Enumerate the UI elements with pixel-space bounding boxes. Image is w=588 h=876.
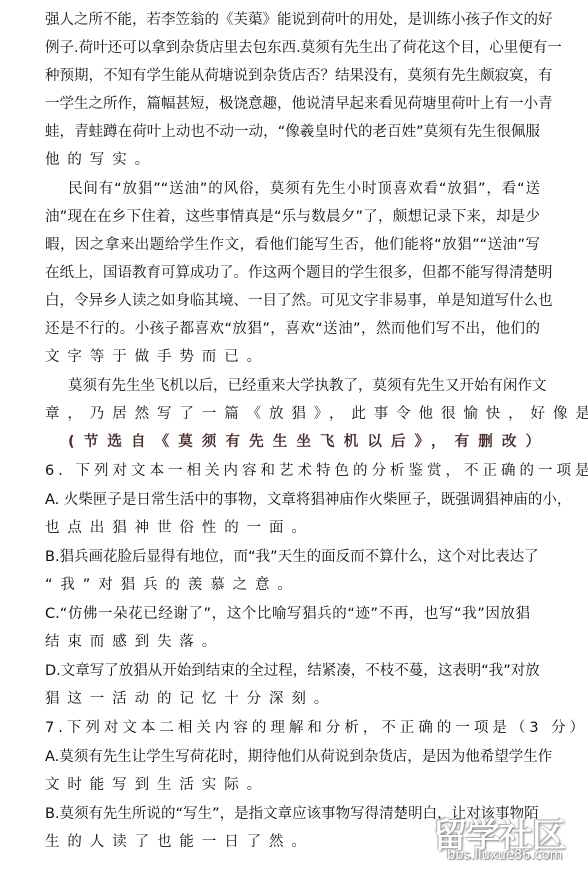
passage-line: 一学生之所作，篇幅甚短，极饶意趣，他说清早起来看见荷塘里荷叶上有一小青 [45,94,540,114]
question-option-line: 文时能写到生活实际。 [45,775,540,795]
watermark-logo: 留学社区 bbs.liuxue86.com [425,808,585,868]
passage-line: 莫须有先生坐飞机以后，已经重来大学执教了，莫须有先生又开始有闲作文 [68,376,540,396]
passage-line: 文字等于做手势而已。 [45,347,540,367]
passage-line: 暇，因之拿来出题给学生作文，看他们能写生否，他们能将“放猖”“送油”写 [45,235,540,255]
passage-line: 例子.荷叶还可以拿到杂货店里去包东西.莫须有先生出了荷花这个目，心里便有一 [45,38,540,58]
passage-line: 章，乃居然写了一篇《放猖》，此事令他很愉快，好像是一种补过的快乐。 [45,404,540,424]
question-option-line: “我”对猖兵的羡慕之意。 [45,575,540,595]
passage-line: 白，令异乡人读之如身临其境、一目了然。可见文字非易事，单是知道写什么也 [45,291,540,311]
passage-line: 他的写实。 [45,150,540,170]
question-option-line: A. 火柴匣子是日常生活中的事物，文章将猖神庙作火柴匣子，既强调猖神庙的小， [45,490,530,510]
passage-line: 蛙，青蛙蹲在荷叶上动也不动一动，“像羲皇时代的老百姓”莫须有先生很佩服 [45,122,540,142]
watermark-url: bbs.liuxue86.com [447,848,562,863]
question-option-line: 也点出猖神世俗性的一面。 [45,518,540,538]
passage-line: 油”现在在乡下住着，这些事情真是“乐与数晨夕”了，颇想记录下来，却是少 [45,207,540,227]
passage-line: 强人之所不能，若李笠翁的《芙蕖》能说到荷叶的用处，是训练小孩子作文的好 [45,10,540,30]
passage-line: 还是不行的。小孩子都喜欢“放猖”，喜欢“送油”，然而他们写不出，他们的 [45,319,540,339]
passage-line: 在纸上，国语教育可算成功了。作这两个题目的学生很多，但都不能写得清楚明 [45,263,540,283]
question-stem: 7.下列对文本二相关内容的理解和分析，不正确的一项是（3 分） [45,718,540,738]
question-option-line: D.文章写了放猖从开始到结束的全过程，结紧凑，不枝不蔓，这表明“我”对放 [45,661,530,681]
passage-line: 种预期，不知有学生能从荷塘说到杂货店否？结果没有，莫须有先生颇寂寞，有 [45,66,540,86]
passage-line: 民间有“放猖”“送油”的风俗，莫须有先生小时顶喜欢看“放猖”，看“送 [68,179,540,199]
question-option-line: C.“仿佛一朵花已经谢了”，这个比喻写猖兵的“迹”不再，也写“我”因放猖 [45,604,530,624]
question-stem: 6. 下列对文本一相关内容和艺术特色的分析鉴赏，不正确的一项是（3 分） [45,461,540,481]
question-option-line: 猖这一活动的记忆十分深刻。 [45,689,540,709]
question-option-line: A.莫须有先生让学生写荷花时，期待他们从荷说到杂货店，是因为他希望学生作 [45,747,530,767]
question-option-line: B.猖兵画花脸后显得有地位，而“我”天生的面反而不算什么，这个对比表达了 [45,547,530,567]
question-option-line: 结束而感到失落。 [45,632,540,652]
source-citation: (节选自《莫须有先生坐飞机以后》，有删改） [68,432,540,452]
document-page: 强人之所不能，若李笠翁的《芙蕖》能说到荷叶的用处，是训练小孩子作文的好例子.荷叶… [0,0,588,876]
